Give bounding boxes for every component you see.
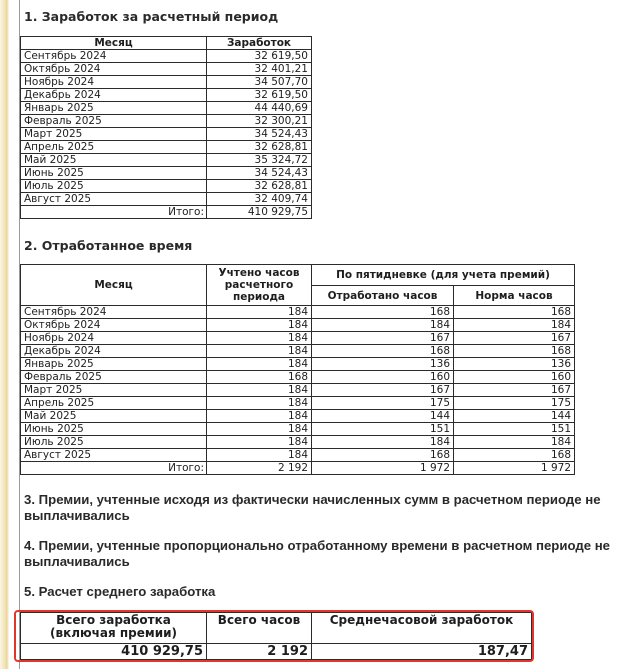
- norm-hours-cell: 136: [454, 358, 575, 371]
- month-cell: Декабрь 2024: [21, 345, 207, 358]
- earnings-cell: 32 300,21: [207, 115, 312, 128]
- header-total-hours: Всего часов: [207, 613, 312, 644]
- worked-hours-cell: 175: [312, 397, 454, 410]
- norm-hours-cell: 175: [454, 397, 575, 410]
- counted-hours-cell: 184: [207, 358, 312, 371]
- header-earnings: Заработок: [207, 37, 312, 50]
- norm-hours-cell: 168: [454, 449, 575, 462]
- month-cell: Январь 2025: [21, 102, 207, 115]
- worked-hours-cell: 184: [312, 436, 454, 449]
- month-cell: Октябрь 2024: [21, 319, 207, 332]
- norm-hours-cell: 160: [454, 371, 575, 384]
- month-cell: Июль 2025: [21, 436, 207, 449]
- average-values-row: 410 929,75 2 192 187,47: [21, 644, 532, 660]
- section-1-title: 1. Заработок за расчетный период: [24, 9, 278, 24]
- earnings-row: Январь 202544 440,69: [21, 102, 312, 115]
- earnings-total-row: Итого: 410 929,75: [21, 206, 312, 219]
- month-cell: Август 2025: [21, 449, 207, 462]
- worked-hours-cell: 168: [312, 449, 454, 462]
- month-cell: Ноябрь 2024: [21, 332, 207, 345]
- header-total-earnings: Всего заработка (включая премии): [21, 613, 207, 644]
- total-worked-hours: 1 972: [312, 462, 454, 475]
- earnings-cell: 34 524,43: [207, 128, 312, 141]
- month-cell: Июнь 2025: [21, 167, 207, 180]
- earnings-cell: 35 324,72: [207, 154, 312, 167]
- norm-hours-cell: 144: [454, 410, 575, 423]
- earnings-row: Сентябрь 202432 619,50: [21, 50, 312, 63]
- earnings-cell: 32 401,21: [207, 63, 312, 76]
- norm-hours-cell: 168: [454, 345, 575, 358]
- worked-hours-cell: 168: [312, 306, 454, 319]
- counted-hours-cell: 184: [207, 319, 312, 332]
- counted-hours-cell: 184: [207, 423, 312, 436]
- total-norm-hours: 1 972: [454, 462, 575, 475]
- section-3-title: 3. Премии, учтенные исходя из фактически…: [24, 492, 636, 524]
- norm-hours-cell: 167: [454, 332, 575, 345]
- earnings-row: Апрель 202532 628,81: [21, 141, 312, 154]
- hours-row: Апрель 2025184175175: [21, 397, 575, 410]
- hours-table: Месяц Учтено часов расчетного периода По…: [20, 264, 575, 475]
- month-cell: Апрель 2025: [21, 141, 207, 154]
- month-cell: Сентябрь 2024: [21, 50, 207, 63]
- hours-row: Декабрь 2024184168168: [21, 345, 575, 358]
- worked-hours-cell: 167: [312, 332, 454, 345]
- month-cell: Сентябрь 2024: [21, 306, 207, 319]
- month-cell: Октябрь 2024: [21, 63, 207, 76]
- earnings-row: Май 202535 324,72: [21, 154, 312, 167]
- earnings-table: Месяц Заработок Сентябрь 202432 619,50Ок…: [20, 36, 312, 219]
- earnings-cell: 34 524,43: [207, 167, 312, 180]
- average-header-row: Всего заработка (включая премии) Всего ч…: [21, 613, 532, 644]
- worked-hours-cell: 144: [312, 410, 454, 423]
- norm-hours-cell: 167: [454, 384, 575, 397]
- page-left-edge: [0, 0, 9, 669]
- worked-hours-cell: 167: [312, 384, 454, 397]
- earnings-total: 410 929,75: [207, 206, 312, 219]
- month-cell: Май 2025: [21, 154, 207, 167]
- month-cell: Август 2025: [21, 193, 207, 206]
- counted-hours-cell: 184: [207, 397, 312, 410]
- hours-row: Февраль 2025168160160: [21, 371, 575, 384]
- counted-hours-cell: 184: [207, 306, 312, 319]
- total-hours-value: 2 192: [207, 644, 312, 660]
- hours-row: Октябрь 2024184184184: [21, 319, 575, 332]
- month-cell: Июнь 2025: [21, 423, 207, 436]
- earnings-row: Ноябрь 202434 507,70: [21, 76, 312, 89]
- header-five-day-group: По пятидневке (для учета премий): [312, 265, 575, 286]
- earnings-row: Июнь 202534 524,43: [21, 167, 312, 180]
- norm-hours-cell: 184: [454, 436, 575, 449]
- month-cell: Февраль 2025: [21, 371, 207, 384]
- month-cell: Январь 2025: [21, 358, 207, 371]
- hours-row: Август 2025184168168: [21, 449, 575, 462]
- hours-row: Сентябрь 2024184168168: [21, 306, 575, 319]
- counted-hours-cell: 184: [207, 384, 312, 397]
- month-cell: Июль 2025: [21, 180, 207, 193]
- earnings-header-row: Месяц Заработок: [21, 37, 312, 50]
- earnings-row: Июль 202532 628,81: [21, 180, 312, 193]
- section-4-title: 4. Премии, учтенные пропорционально отра…: [24, 538, 636, 570]
- earnings-cell: 32 619,50: [207, 50, 312, 63]
- average-earnings-table: Всего заработка (включая премии) Всего ч…: [20, 612, 532, 660]
- month-cell: Март 2025: [21, 128, 207, 141]
- earnings-cell: 32 619,50: [207, 89, 312, 102]
- total-label: Итого:: [21, 462, 207, 475]
- earnings-cell: 32 409,74: [207, 193, 312, 206]
- norm-hours-cell: 151: [454, 423, 575, 436]
- hours-header-row: Месяц Учтено часов расчетного периода По…: [21, 265, 575, 286]
- counted-hours-cell: 184: [207, 436, 312, 449]
- counted-hours-cell: 184: [207, 345, 312, 358]
- earnings-cell: 32 628,81: [207, 180, 312, 193]
- norm-hours-cell: 184: [454, 319, 575, 332]
- header-avg-hourly: Среднечасовой заработок: [312, 613, 532, 644]
- worked-hours-cell: 151: [312, 423, 454, 436]
- earnings-row: Октябрь 202432 401,21: [21, 63, 312, 76]
- section-5-title: 5. Расчет среднего заработка: [24, 584, 636, 600]
- avg-hourly-value: 187,47: [312, 644, 532, 660]
- header-worked-hours: Отработано часов: [312, 286, 454, 306]
- hours-row: Ноябрь 2024184167167: [21, 332, 575, 345]
- month-cell: Февраль 2025: [21, 115, 207, 128]
- total-counted-hours: 2 192: [207, 462, 312, 475]
- total-earnings-value: 410 929,75: [21, 644, 207, 660]
- hours-total-row: Итого: 2 192 1 972 1 972: [21, 462, 575, 475]
- month-cell: Май 2025: [21, 410, 207, 423]
- header-month: Месяц: [21, 37, 207, 50]
- earnings-cell: 32 628,81: [207, 141, 312, 154]
- hours-row: Июль 2025184184184: [21, 436, 575, 449]
- earnings-row: Август 202532 409,74: [21, 193, 312, 206]
- counted-hours-cell: 168: [207, 371, 312, 384]
- worked-hours-cell: 168: [312, 345, 454, 358]
- hours-row: Май 2025184144144: [21, 410, 575, 423]
- worked-hours-cell: 160: [312, 371, 454, 384]
- earnings-row: Декабрь 202432 619,50: [21, 89, 312, 102]
- month-cell: Март 2025: [21, 384, 207, 397]
- header-hours-counted: Учтено часов расчетного периода: [207, 265, 312, 306]
- counted-hours-cell: 184: [207, 332, 312, 345]
- earnings-row: Февраль 202532 300,21: [21, 115, 312, 128]
- section-2-title: 2. Отработанное время: [24, 238, 192, 253]
- header-month: Месяц: [21, 265, 207, 306]
- worked-hours-cell: 136: [312, 358, 454, 371]
- month-cell: Ноябрь 2024: [21, 76, 207, 89]
- counted-hours-cell: 184: [207, 410, 312, 423]
- hours-row: Июнь 2025184151151: [21, 423, 575, 436]
- counted-hours-cell: 184: [207, 449, 312, 462]
- total-label: Итого:: [21, 206, 207, 219]
- earnings-cell: 44 440,69: [207, 102, 312, 115]
- hours-row: Январь 2025184136136: [21, 358, 575, 371]
- worked-hours-cell: 184: [312, 319, 454, 332]
- norm-hours-cell: 168: [454, 306, 575, 319]
- month-cell: Декабрь 2024: [21, 89, 207, 102]
- hours-row: Март 2025184167167: [21, 384, 575, 397]
- earnings-row: Март 202534 524,43: [21, 128, 312, 141]
- header-norm-hours: Норма часов: [454, 286, 575, 306]
- earnings-cell: 34 507,70: [207, 76, 312, 89]
- month-cell: Апрель 2025: [21, 397, 207, 410]
